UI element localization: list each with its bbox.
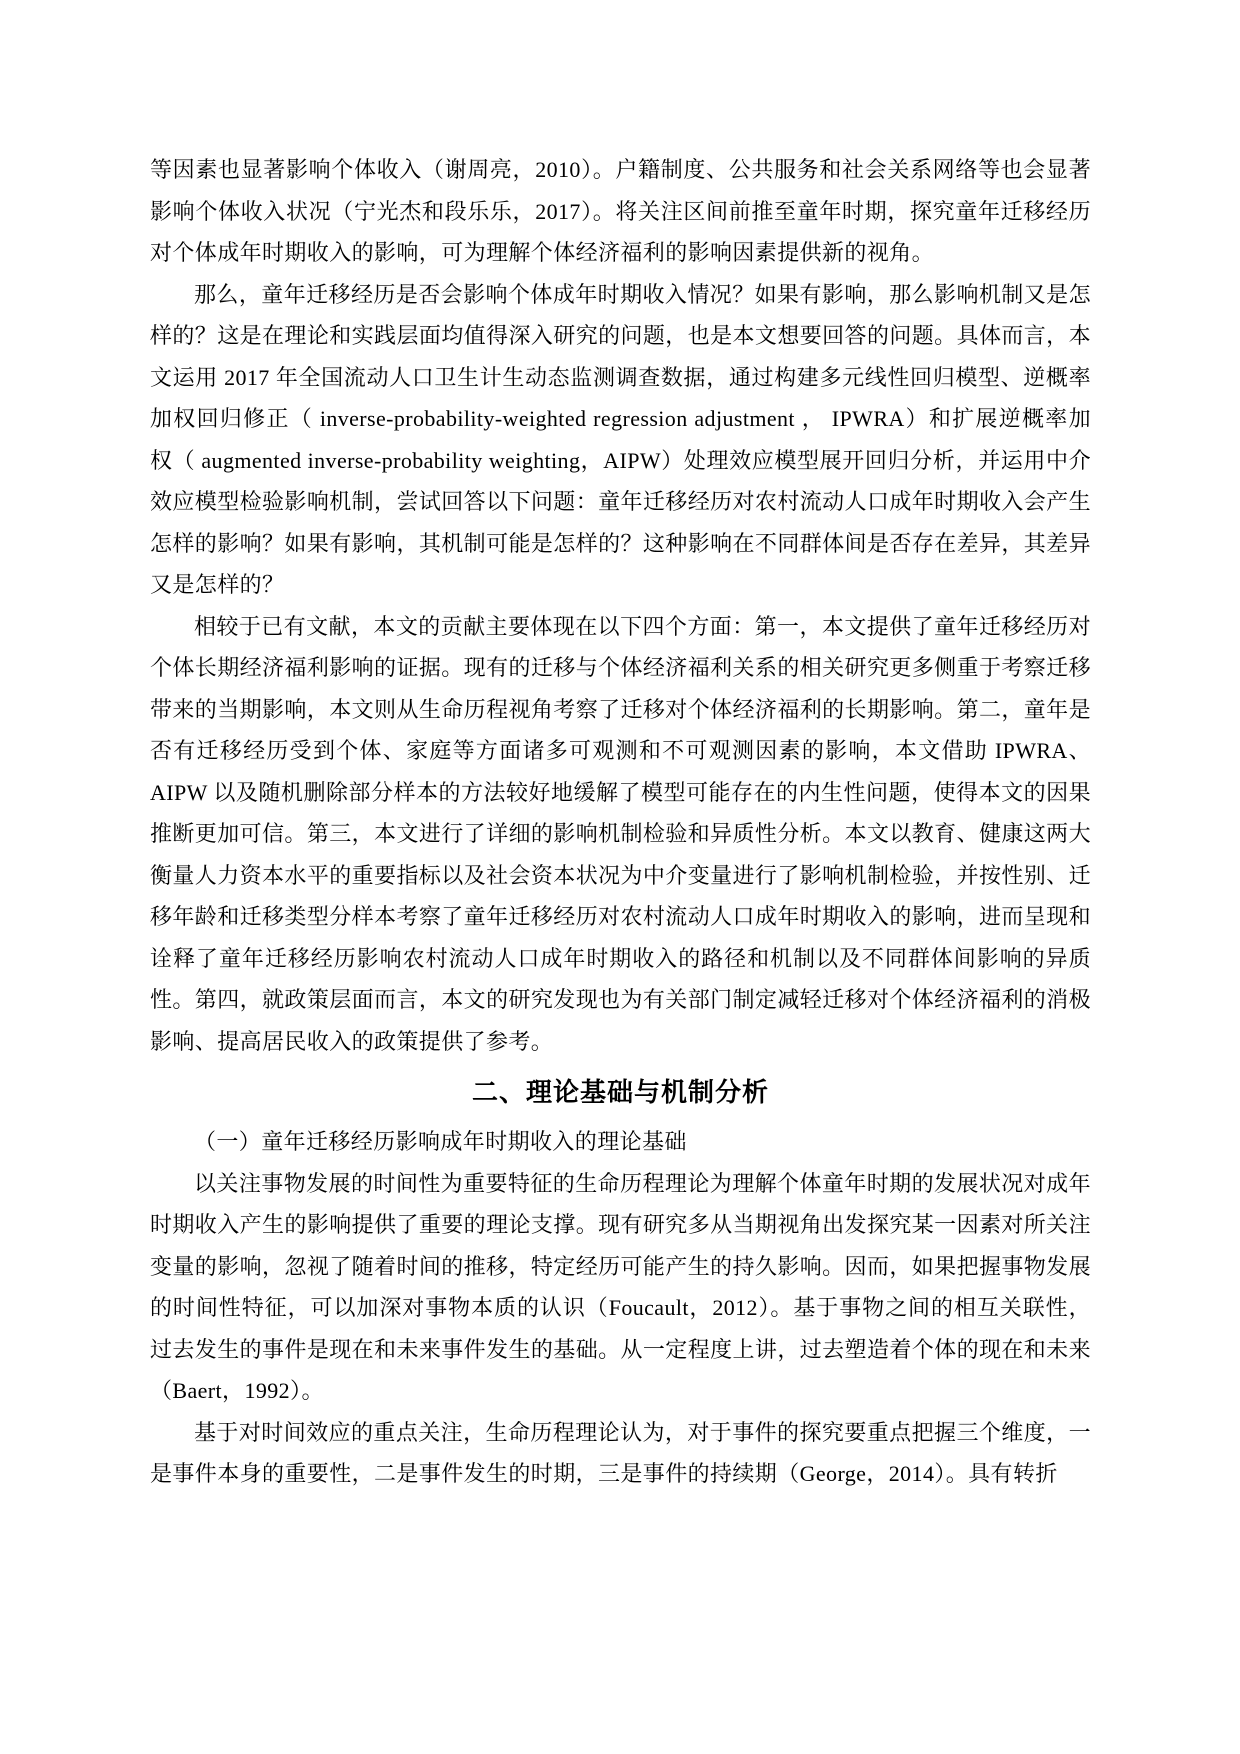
page-content: 等因素也显著影响个体收入（谢周亮，2010）。户籍制度、公共服务和社会关系网络等… bbox=[150, 149, 1091, 1495]
paragraph-continuation: 等因素也显著影响个体收入（谢周亮，2010）。户籍制度、公共服务和社会关系网络等… bbox=[150, 149, 1091, 274]
paragraph-time-effects: 基于对时间效应的重点关注，生命历程理论认为，对于事件的探究要重点把握三个维度，一… bbox=[150, 1412, 1091, 1495]
subsection-heading: （一）童年迁移经历影响成年时期收入的理论基础 bbox=[150, 1121, 1091, 1163]
paragraph-contributions: 相较于已有文献，本文的贡献主要体现在以下四个方面：第一，本文提供了童年迁移经历对… bbox=[150, 606, 1091, 1063]
paragraph-life-course-theory: 以关注事物发展的时间性为重要特征的生命历程理论为理解个体童年时期的发展状况对成年… bbox=[150, 1163, 1091, 1412]
paper-page: 等因素也显著影响个体收入（谢周亮，2010）。户籍制度、公共服务和社会关系网络等… bbox=[0, 0, 1240, 1754]
paragraph-research-questions: 那么，童年迁移经历是否会影响个体成年时期收入情况？如果有影响，那么影响机制又是怎… bbox=[150, 274, 1091, 606]
section-heading: 二、理论基础与机制分析 bbox=[150, 1072, 1091, 1114]
